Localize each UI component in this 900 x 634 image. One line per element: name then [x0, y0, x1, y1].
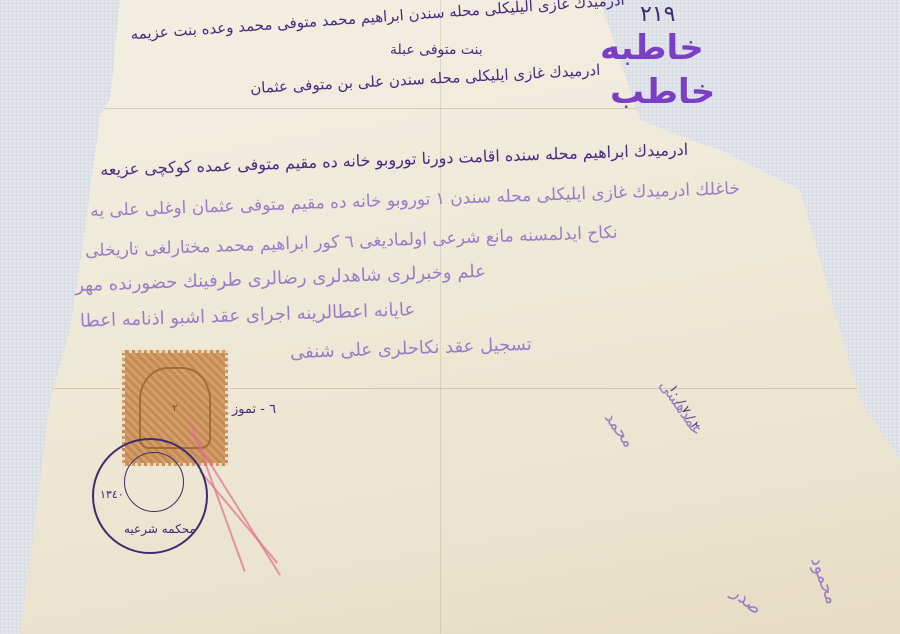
- header-line: بنت متوفی عبلة: [390, 42, 483, 58]
- stamp-design: ٢: [139, 367, 211, 449]
- seal-inscription: محكمه شرعيه: [124, 522, 196, 536]
- date-note: ٦ - تموز: [232, 402, 276, 417]
- court-seal: ١٣٤٠ محكمه شرعيه: [92, 438, 208, 554]
- stamp-value: ٢: [172, 403, 177, 414]
- seal-year: ١٣٤٠: [100, 488, 124, 501]
- label-groom: خاطب: [610, 72, 715, 112]
- label-bride: خاطبه: [600, 28, 704, 68]
- paper-fold: [440, 0, 441, 634]
- seal-center: [124, 452, 184, 512]
- header-number: ٢١٩: [640, 2, 675, 27]
